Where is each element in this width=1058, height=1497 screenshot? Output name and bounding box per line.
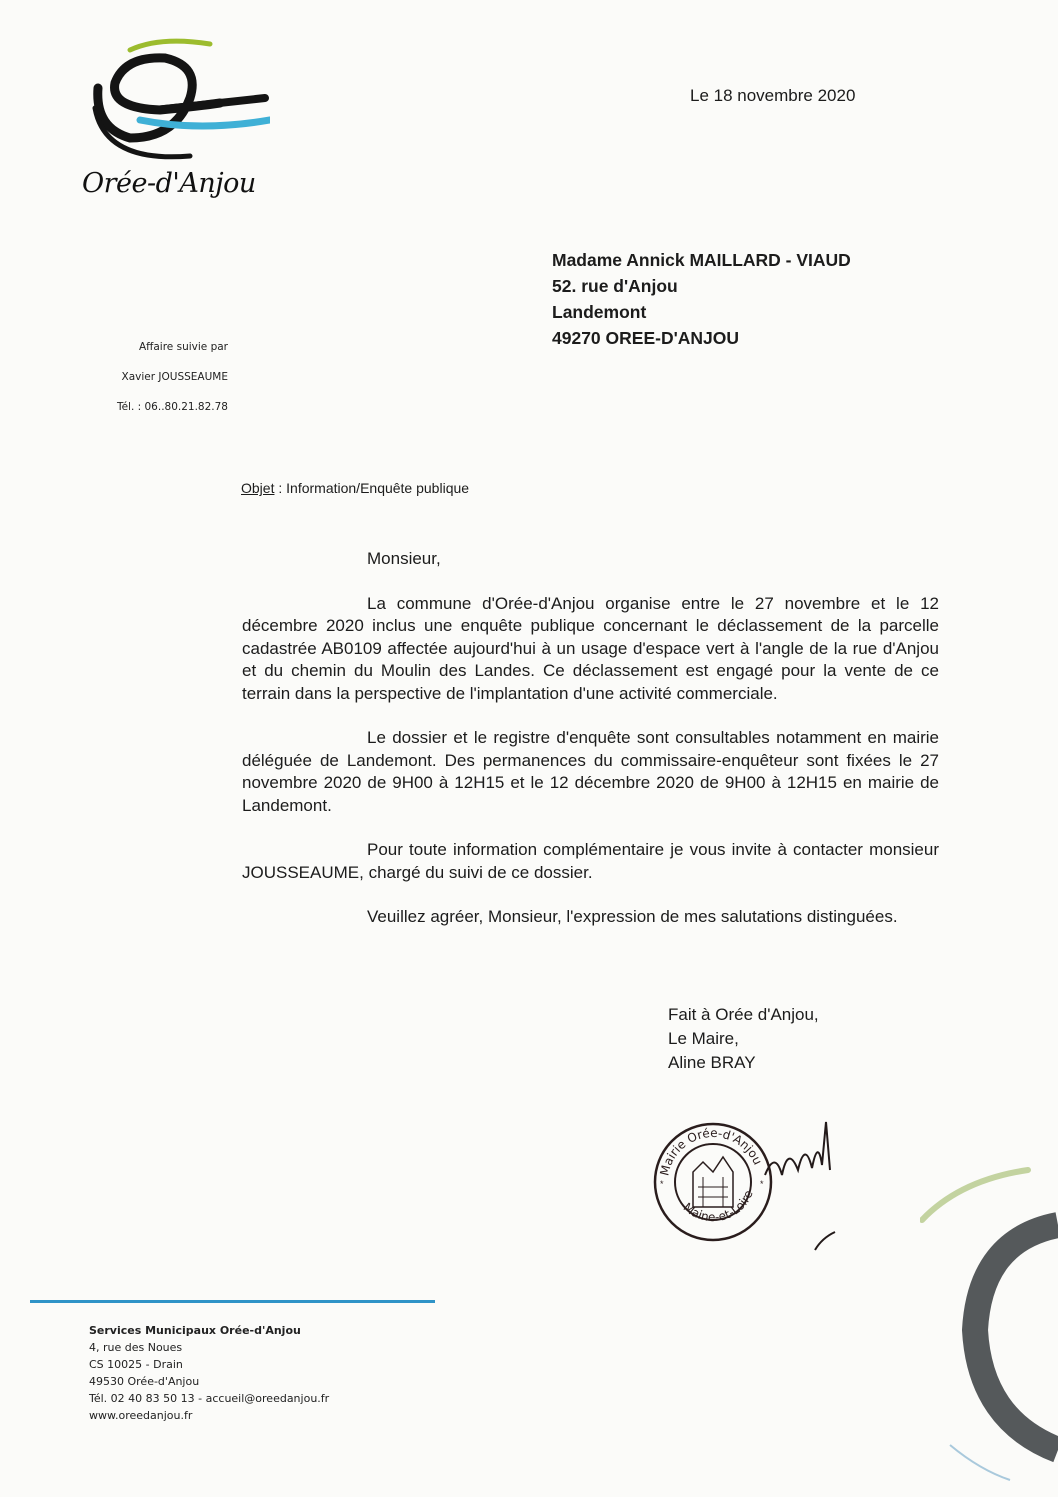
recipient-locality: Landemont bbox=[552, 299, 851, 325]
body-paragraph: Pour toute information complémentaire je… bbox=[242, 839, 939, 884]
subject-label: Objet bbox=[241, 480, 274, 496]
handwritten-signature bbox=[760, 1110, 860, 1260]
body-paragraph: Le dossier et le registre d'enquête sont… bbox=[242, 727, 939, 817]
footer-divider bbox=[30, 1300, 435, 1303]
svg-text:*: * bbox=[660, 1179, 664, 1189]
mairie-stamp: Mairie Orée-d'Anjou Maine-et-Loire * * bbox=[648, 1117, 778, 1247]
oree-danjou-logo: Orée-d'Anjou bbox=[70, 28, 270, 218]
recipient-address: Madame Annick MAILLARD - VIAUD 52. rue d… bbox=[552, 247, 851, 351]
subject-text: Information/Enquête publique bbox=[286, 480, 469, 496]
signature-name: Aline BRAY bbox=[668, 1051, 819, 1075]
logo-wordmark: Orée-d'Anjou bbox=[82, 168, 256, 199]
subject-separator: : bbox=[274, 480, 286, 496]
recipient-city: 49270 OREE-D'ANJOU bbox=[552, 325, 851, 351]
letter-body: Monsieur, La commune d'Orée-d'Anjou orga… bbox=[242, 548, 939, 951]
footer-contact: Tél. 02 40 83 50 13 - accueil@oreedanjou… bbox=[89, 1390, 329, 1407]
signature-place: Fait à Orée d'Anjou, bbox=[668, 1003, 819, 1027]
signature-block: Fait à Orée d'Anjou, Le Maire, Aline BRA… bbox=[668, 1003, 819, 1075]
official-seal-icon: Mairie Orée-d'Anjou Maine-et-Loire * * bbox=[648, 1117, 778, 1247]
salutation: Monsieur, bbox=[367, 548, 939, 571]
followup-contact: Affaire suivie par Xavier JOUSSEAUME Tél… bbox=[117, 332, 228, 422]
letter-date: Le 18 novembre 2020 bbox=[690, 86, 855, 106]
followup-label: Affaire suivie par bbox=[117, 332, 228, 362]
decorative-arc-icon bbox=[920, 1150, 1058, 1497]
body-paragraph: La commune d'Orée-d'Anjou organise entre… bbox=[242, 593, 939, 706]
svg-text:Maine-et-Loire: Maine-et-Loire bbox=[681, 1188, 756, 1224]
signature-title: Le Maire, bbox=[668, 1027, 819, 1051]
footer-address-line: CS 10025 - Drain bbox=[89, 1356, 329, 1373]
recipient-street: 52. rue d'Anjou bbox=[552, 273, 851, 299]
signature-scribble-icon bbox=[760, 1110, 860, 1260]
closing-paragraph: Veuillez agréer, Monsieur, l'expression … bbox=[242, 906, 939, 929]
footer-address: Services Municipaux Orée-d'Anjou 4, rue … bbox=[89, 1322, 329, 1424]
footer-website: www.oreedanjou.fr bbox=[89, 1407, 329, 1424]
recipient-name: Madame Annick MAILLARD - VIAUD bbox=[552, 247, 851, 273]
footer-address-line: 49530 Orée-d'Anjou bbox=[89, 1373, 329, 1390]
footer-org: Services Municipaux Orée-d'Anjou bbox=[89, 1322, 329, 1339]
subject-line: Objet : Information/Enquête publique bbox=[241, 480, 469, 496]
footer-address-line: 4, rue des Noues bbox=[89, 1339, 329, 1356]
logo-swirl-icon bbox=[70, 28, 270, 178]
followup-name: Xavier JOUSSEAUME bbox=[117, 362, 228, 392]
stamp-bottom-text: Maine-et-Loire bbox=[681, 1188, 756, 1224]
followup-phone: Tél. : 06..80.21.82.78 bbox=[117, 392, 228, 422]
letterhead-decoration bbox=[920, 1150, 1058, 1497]
